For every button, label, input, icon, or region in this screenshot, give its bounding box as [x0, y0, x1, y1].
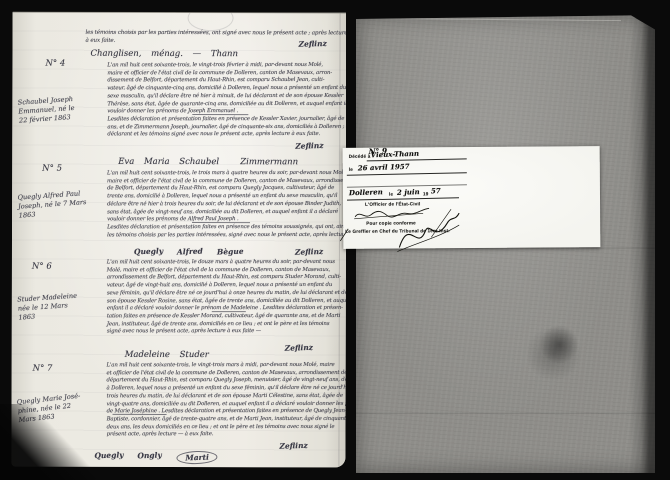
margin-note: Schaubel JosephEmmanuel, né le22 février…: [18, 93, 108, 126]
issued-le-label: le: [389, 192, 393, 197]
party-signatures: QueglyOnglyMarti: [94, 451, 217, 464]
register-scan: les témoins choisis par les parties inté…: [0, 0, 670, 480]
handwritten-line: L'an mil huit cent soixante-trois, le do…: [107, 259, 347, 267]
entry-number: N° 4: [45, 59, 65, 69]
handwritten-line: Bègue: [217, 247, 244, 257]
act-recap-heading: Changlisen, ménag. — Thann: [90, 49, 238, 59]
act-recap-heading: Zimmermann: [240, 157, 298, 167]
date-label: le: [349, 167, 353, 172]
handwritten-line: présent acte, après lecture — à eux fait…: [107, 431, 347, 439]
deceased-place-value: Vieux-Thann: [371, 149, 420, 160]
issued-place-value: Dolleren: [349, 187, 383, 197]
officer-signature: Zeflinz: [295, 141, 324, 151]
party-signatures: QueglyAlfredBègue: [134, 247, 244, 256]
handwritten-line: Quegly: [94, 450, 124, 464]
name-underline: [113, 414, 167, 415]
handwritten-line: L'an mil huit cent soixante-trois, le tr…: [107, 170, 347, 178]
handwritten-line: déclare être né hier à trois heures du s…: [107, 201, 347, 209]
handwritten-line: signé avec nous le présent acte, après l…: [107, 328, 347, 336]
register-left-page: les témoins choisis par les parties inté…: [11, 12, 346, 468]
handwritten-line: tation faites en présence de Kessler Mor…: [107, 313, 347, 321]
death-date-value: 26 avril 1957: [358, 162, 410, 173]
deceased-at-label: Décédé à: [349, 154, 371, 159]
entry-body: L'an mil huit cent soixante-trois, le vi…: [107, 362, 347, 439]
death-annotation-sticker: N° 9 Décédé à Vieux-Thann le 26 avril 19…: [343, 146, 601, 249]
handwritten-line: sexe féminin, qu'il déclare être né ce j…: [107, 290, 347, 298]
handwritten-line: Alfred: [177, 247, 203, 257]
handwritten-line: trois heures du matin, de lui déclarant …: [107, 393, 347, 401]
ink-rule: [347, 197, 459, 200]
name-underline: [192, 222, 250, 223]
act-recap-heading: Madeleine Studer: [125, 350, 209, 360]
clerk-paraph-stroke: [338, 228, 350, 242]
handwritten-line: Lesdites déclaration et présentation fai…: [107, 224, 346, 232]
handwritten-line: les témoins choisis par les parties inté…: [107, 232, 346, 240]
handwritten-line: Baptiste, cordonnier, âgé de trente-quat…: [107, 416, 347, 424]
entry-body: L'an mil huit cent soixante-trois, le vi…: [107, 62, 346, 139]
officer-signature: Zeflinz: [279, 441, 308, 451]
officer-signature: Zeflinz: [295, 247, 324, 257]
issued-year-written: 57: [431, 186, 441, 195]
handwritten-line: à Dolleren, lequel nous a présenté un en…: [107, 385, 347, 393]
margin-note: Studer Madeleinenée le 12 Mars1863: [17, 290, 107, 323]
entry-number: N° 5: [42, 164, 62, 174]
handwritten-line: Ongly: [137, 451, 162, 465]
cover-top-edge: [358, 18, 621, 21]
officer-signature: Zeflinz: [298, 39, 327, 49]
name-underline: [212, 311, 246, 312]
name-underline: [192, 114, 248, 115]
handwritten-line: les témoins choisis par les parties inté…: [86, 29, 336, 38]
handwritten-line: L'an mil huit cent soixante-trois, le vi…: [107, 62, 346, 70]
page-corner-shadow: [0, 404, 96, 480]
handwritten-line: vateur, âgé de vingt-huit ans, domicilié…: [107, 282, 347, 290]
act-recap-heading: Eva Maria Schaubel: [118, 157, 219, 167]
entry-number: N° 7: [33, 364, 53, 374]
handwritten-line: vateur, âgé de cinquante-cinq ans, domic…: [107, 85, 346, 93]
handwritten-line: déclarant et les témoins signé avec nous…: [107, 131, 346, 139]
issued-date-value: 2 juin: [397, 187, 420, 197]
issued-year-printed: 19: [423, 191, 429, 196]
handwritten-line: Lesdites déclaration et présentation fai…: [107, 116, 346, 124]
handwritten-line: trente ans, domicilié à Dolleren, lequel…: [107, 193, 347, 201]
clerk-signature-flourish: [395, 207, 461, 253]
officer-signature: Zeflinz: [285, 343, 314, 353]
handwritten-line: Marti: [176, 450, 218, 464]
handwritten-line: sexe masculin, qu'il déclare être né hie…: [107, 93, 346, 101]
entry-body: L'an mil huit cent soixante-trois, le do…: [107, 259, 347, 336]
handwritten-line: L'an mil huit cent soixante-trois, le vi…: [107, 362, 347, 370]
handwritten-line: Quegly: [134, 246, 163, 256]
entry-body: L'an mil huit cent soixante-trois, le tr…: [107, 170, 347, 240]
margin-note: Quegly Alfred PaulJoseph, né le 7 Mars18…: [17, 188, 107, 221]
ink-rule: [347, 172, 467, 176]
entry-number: N° 6: [32, 262, 52, 272]
